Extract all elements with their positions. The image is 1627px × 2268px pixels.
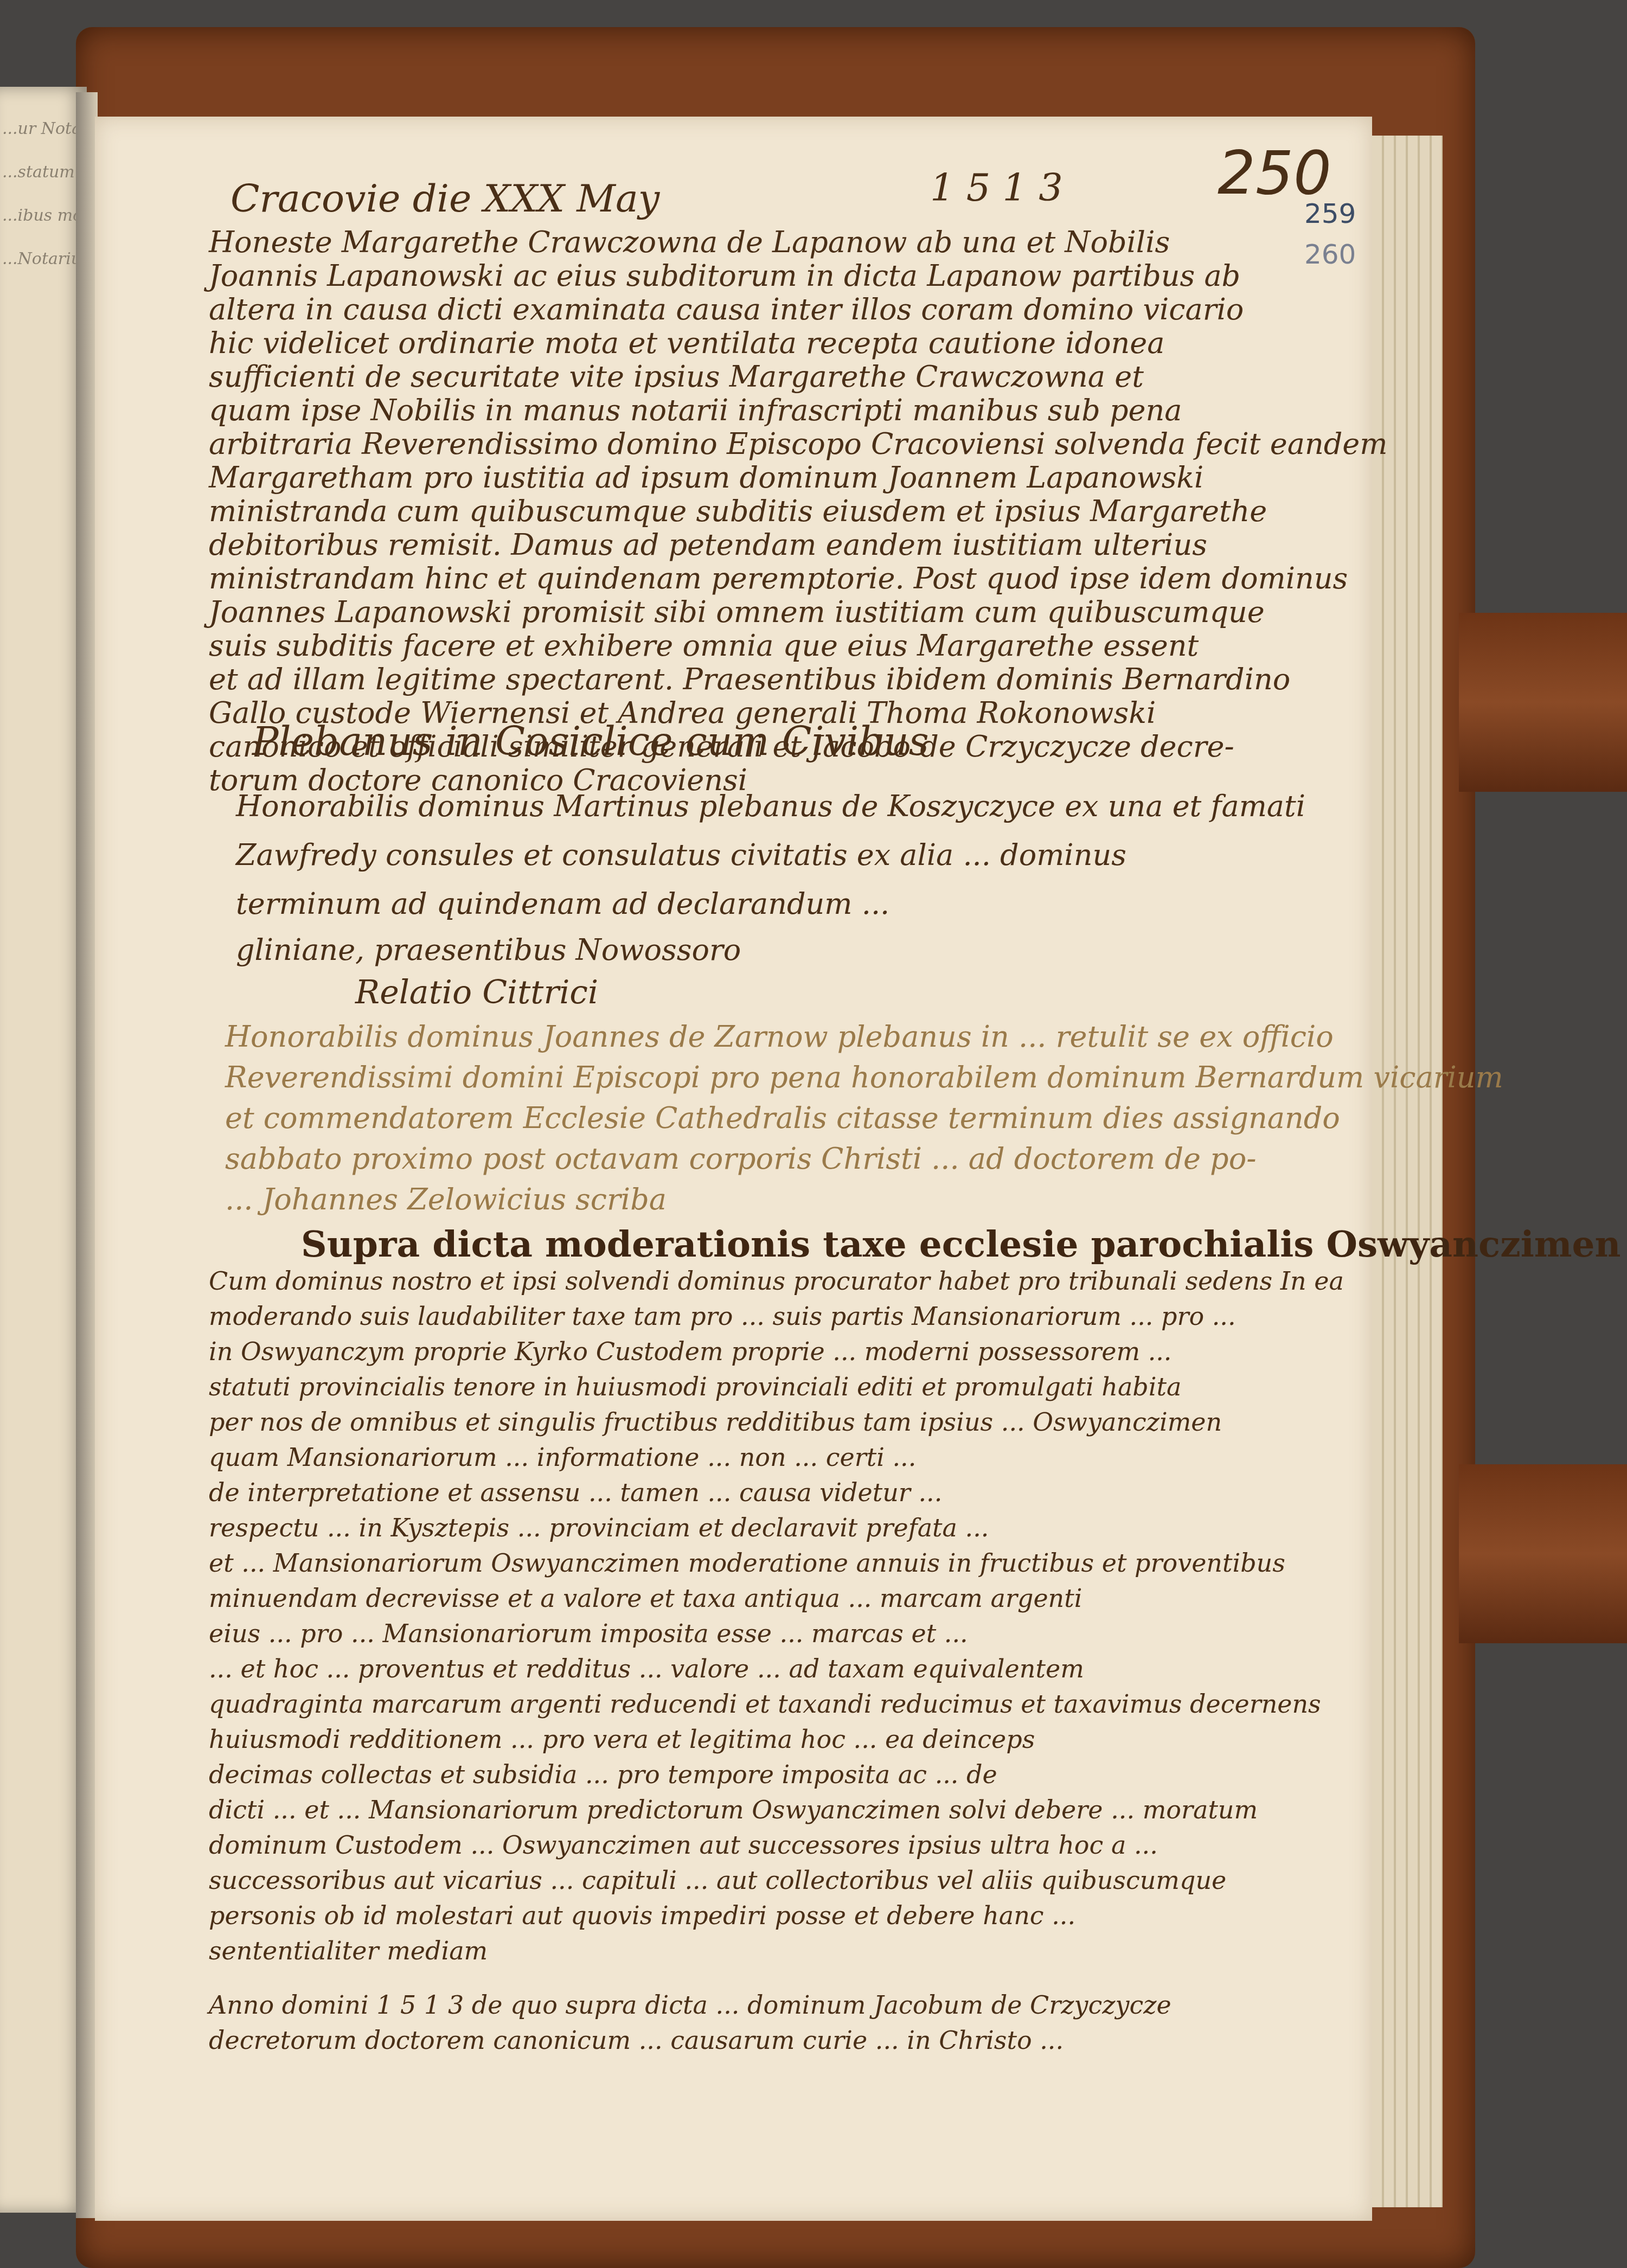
text-line: et commendatorem Ecclesie Cathedralis ci… <box>225 1101 1340 1135</box>
left-page-edge: ...ur Notarius ...statum do ...ibus modo… <box>0 87 87 2213</box>
text-line: de interpretatione et assensu ... tamen … <box>209 1478 942 1507</box>
text-line: sabbato proximo post octavam corporis Ch… <box>225 1142 1256 1176</box>
text-line: per nos de omnibus et singulis fructibus… <box>209 1407 1222 1437</box>
text-line: altera in causa dicti examinata causa in… <box>209 292 1244 326</box>
text-line: gliniane, praesentibus Nowossoro <box>236 933 741 967</box>
text-line: Margaretham pro iustitia ad ipsum dominu… <box>209 460 1203 495</box>
text-line: respectu ... in Kysztepis ... provinciam… <box>209 1513 989 1542</box>
section-title: Supra dicta moderationis taxe ecclesie p… <box>301 1223 1621 1265</box>
text-line: hic videlicet ordinarie mota et ventilat… <box>209 326 1165 360</box>
text-line: eius ... pro ... Mansionariorum imposita… <box>209 1619 968 1648</box>
folio-number-pencil-1: 259 <box>1304 198 1356 229</box>
text-line: decretorum doctorem canonicum ... causar… <box>209 2026 1064 2055</box>
text-line: successoribus aut vicarius ... capituli … <box>209 1866 1226 1895</box>
text-line: minuendam decrevisse et a valore et taxa… <box>209 1584 1082 1613</box>
text-line: quadraginta marcarum argenti reducendi e… <box>209 1689 1321 1719</box>
text-line: Honorabilis dominus Martinus plebanus de… <box>236 789 1305 823</box>
text-line: moderando suis laudabiliter taxe tam pro… <box>209 1302 1236 1331</box>
text-line: quam Mansionariorum ... informatione ...… <box>209 1443 916 1472</box>
text-line: ministranda cum quibuscumque subditis ei… <box>209 494 1267 528</box>
manuscript-page: Cracovie die XXX May 1 5 1 3 250 259 260… <box>95 117 1372 2221</box>
text-line: Anno domini 1 5 1 3 de quo supra dicta .… <box>209 1990 1171 2020</box>
text-line: Reverendissimi domini Episcopi pro pena … <box>225 1060 1503 1094</box>
text-line: huiusmodi redditionem ... pro vera et le… <box>209 1725 1035 1754</box>
text-line: et ... Mansionariorum Oswyanczimen moder… <box>209 1548 1285 1578</box>
text-line: suis subditis facere et exhibere omnia q… <box>209 629 1199 663</box>
text-line: Honeste Margarethe Crawczowna de Lapanow… <box>209 225 1170 259</box>
text-line: ... Johannes Zelowicius scriba <box>225 1182 667 1216</box>
section-title: Plebanus in Cosiclice cum Civibus <box>252 719 929 764</box>
text-line: dicti ... et ... Mansionariorum predicto… <box>209 1795 1258 1824</box>
text-line: sufficienti de securitate vite ipsius Ma… <box>209 360 1144 394</box>
year-note: 1 5 1 3 <box>930 165 1063 210</box>
section-title: Relatio Cittrici <box>355 973 598 1011</box>
text-line: statuti provincialis tenore in huiusmodi… <box>209 1372 1181 1401</box>
folio-number-ink: 250 <box>1218 138 1331 208</box>
text-line: sententialiter mediam <box>209 1936 488 1965</box>
text-line: Zawfredy consules et consulatus civitati… <box>236 838 1126 872</box>
clasp-strap-lower <box>1459 1464 1627 1643</box>
entry-heading: Cracovie die XXX May <box>230 176 659 221</box>
text-line: in Oswyanczym proprie Kyrko Custodem pro… <box>209 1337 1172 1366</box>
text-line: Joannis Lapanowski ac eius subditorum in… <box>209 259 1240 293</box>
text-line: personis ob id molestari aut quovis impe… <box>209 1901 1075 1930</box>
text-line: Joannes Lapanowski promisit sibi omnem i… <box>209 595 1265 629</box>
gutter <box>76 92 98 2218</box>
text-line: et ad illam legitime spectarent. Praesen… <box>209 662 1290 696</box>
text-line: arbitraria Reverendissimo domino Episcop… <box>209 427 1387 461</box>
folio-number-pencil-2: 260 <box>1304 239 1356 270</box>
text-line: ministrandam hinc et quindenam peremptor… <box>209 561 1348 595</box>
text-line: quam ipse Nobilis in manus notarii infra… <box>209 393 1182 427</box>
clasp-strap-upper <box>1459 613 1627 792</box>
text-line: debitoribus remisit. Damus ad petendam e… <box>209 528 1207 562</box>
text-line: Cum dominus nostro et ipsi solvendi domi… <box>209 1266 1344 1296</box>
text-line: terminum ad quindenam ad declarandum ... <box>236 887 889 921</box>
text-line: dominum Custodem ... Oswyanczimen aut su… <box>209 1830 1158 1860</box>
text-line: decimas collectas et subsidia ... pro te… <box>209 1760 997 1789</box>
text-line: Honorabilis dominus Joannes de Zarnow pl… <box>225 1020 1334 1054</box>
text-line: ... et hoc ... proventus et redditus ...… <box>209 1654 1084 1683</box>
